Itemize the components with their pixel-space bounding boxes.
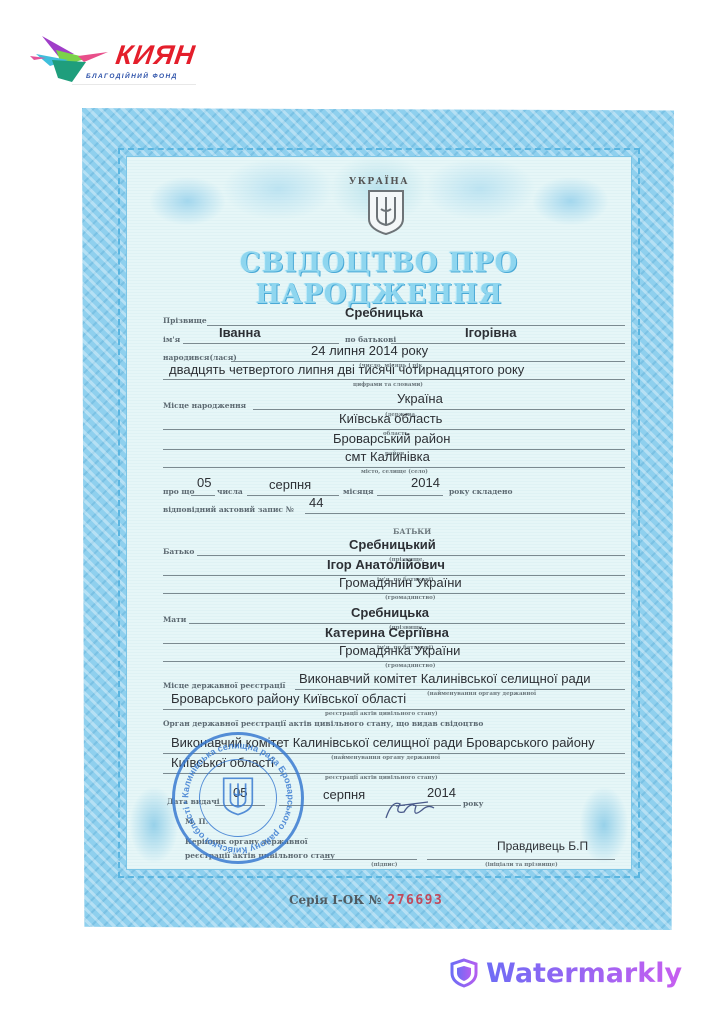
birthplace-settlement: смт Калинівка — [345, 449, 430, 464]
registration-place-2: Броварського району Київської області — [171, 691, 406, 706]
official-name: Правдивець Б.П — [497, 839, 588, 853]
signature-scribble — [382, 796, 438, 824]
father-citizenship-line — [163, 593, 625, 594]
record-number-line — [305, 513, 625, 514]
born-hint-2: цифрами та словами) — [353, 382, 423, 388]
shield-icon — [450, 958, 478, 988]
issuer-label: Орган державної реєстрації актів цивільн… — [163, 719, 483, 728]
issue-month: серпня — [323, 787, 365, 802]
registration-place-hint-1: (найменування органу державної — [427, 691, 536, 697]
watermark-text: Watermarkly — [486, 958, 682, 989]
father-citizenship-hint: (громадянство) — [385, 595, 435, 601]
record-day: 05 — [197, 475, 211, 490]
registration-place-hint-2: реєстрації актів цивільного стану) — [325, 711, 438, 717]
series-number-value: 276693 — [387, 893, 443, 908]
registration-place-label: Місце державної реєстрації — [163, 681, 285, 690]
signature-line — [323, 859, 417, 860]
logo-name: КИЯН — [114, 40, 198, 71]
series-label: Серія І-ОК № — [289, 893, 381, 907]
birthplace-region: Київська область — [339, 411, 442, 426]
birthplace-label: Місце народження — [163, 401, 246, 410]
stamp-trident-icon — [222, 774, 254, 818]
born-words-line — [163, 379, 625, 380]
mother-surname: Сребницька — [351, 605, 429, 620]
logo-subtitle: БЛАГОДІЙНИЙ ФОНД — [86, 73, 178, 80]
record-day-label: числа — [217, 487, 243, 496]
record-prefix: про що — [163, 487, 194, 496]
record-day-line — [191, 495, 215, 496]
birthplace-settlement-line — [163, 467, 625, 468]
official-line — [427, 859, 615, 860]
birthplace-district: Броварський район — [333, 431, 450, 446]
given-name-label: ім'я — [163, 335, 180, 344]
mother-citizenship-line — [163, 661, 625, 662]
father-name: Ігор Анатолійович — [327, 557, 445, 572]
mother-citizenship: Громадянка України — [339, 643, 460, 658]
given-name-value: Іванна — [219, 325, 261, 340]
registration-place-1: Виконавчий комітет Калинівської селищної… — [299, 671, 591, 686]
record-month-line — [247, 495, 339, 496]
surname-value: Сребницька — [345, 305, 423, 320]
birth-certificate: УКРАЇНА СВІДОЦТВО ПРО НАРОДЖЕННЯ Прізвищ… — [82, 108, 674, 930]
mother-label: Мати — [163, 615, 186, 624]
watermarkly-watermark: Watermarkly — [450, 955, 682, 991]
record-month-label: місяця — [343, 487, 374, 496]
official-hint: (ініціали та прізвище) — [485, 862, 558, 868]
stamp-inner-circle — [199, 759, 277, 837]
surname-line — [207, 325, 625, 326]
record-month: серпня — [269, 477, 311, 492]
issue-year-label: року — [463, 799, 483, 808]
registration-place-line — [295, 689, 625, 690]
record-year: 2014 — [411, 475, 440, 490]
parents-section-title: БАТЬКИ — [393, 527, 431, 536]
father-citizenship: Громадянин України — [339, 575, 462, 590]
birthplace-country: Україна — [397, 391, 443, 406]
kiyan-charity-logo: КИЯН БЛАГОДІЙНИЙ ФОНД — [8, 28, 198, 88]
mother-name: Катерина Сергіївна — [325, 625, 449, 640]
official-seal-stamp: Калинівська селищна рада Броварського ра… — [172, 732, 304, 864]
mother-citizenship-hint: (громадянство) — [385, 663, 435, 669]
mother-surname-line — [189, 623, 625, 624]
issuer-hint-2: реєстрації актів цивільного стану) — [325, 775, 438, 781]
document-title: СВІДОЦТВО ПРО НАРОДЖЕННЯ — [127, 248, 631, 311]
birthplace-country-line — [253, 409, 625, 410]
surname-label: Прізвище — [163, 316, 207, 325]
father-surname-line — [197, 555, 625, 556]
series-number: Серія І-ОК №276693 — [289, 893, 443, 908]
country-header: УКРАЇНА — [127, 177, 631, 187]
record-year-label: року складено — [449, 487, 512, 496]
record-number-label: відповідний актовий запис № — [163, 505, 294, 514]
birthplace-region-line — [163, 429, 625, 430]
trident-coat-of-arms-icon — [367, 189, 405, 235]
registration-place-2-line — [163, 709, 625, 710]
born-label: народився(лася) — [163, 353, 237, 362]
signature-hint: (підпис) — [371, 862, 397, 868]
father-surname: Сребницький — [349, 537, 436, 552]
record-year-line — [377, 495, 443, 496]
record-number: 44 — [309, 495, 323, 510]
born-date-words: двадцять четвертого липня дві тисячі чот… — [169, 362, 524, 377]
logo-divider — [72, 84, 196, 85]
born-date-digits: 24 липня 2014 року — [311, 343, 428, 358]
father-label: Батько — [163, 547, 194, 556]
issuer-hint-1: (найменування органу державної — [331, 755, 440, 761]
patronymic-value: Ігорівна — [465, 325, 516, 340]
